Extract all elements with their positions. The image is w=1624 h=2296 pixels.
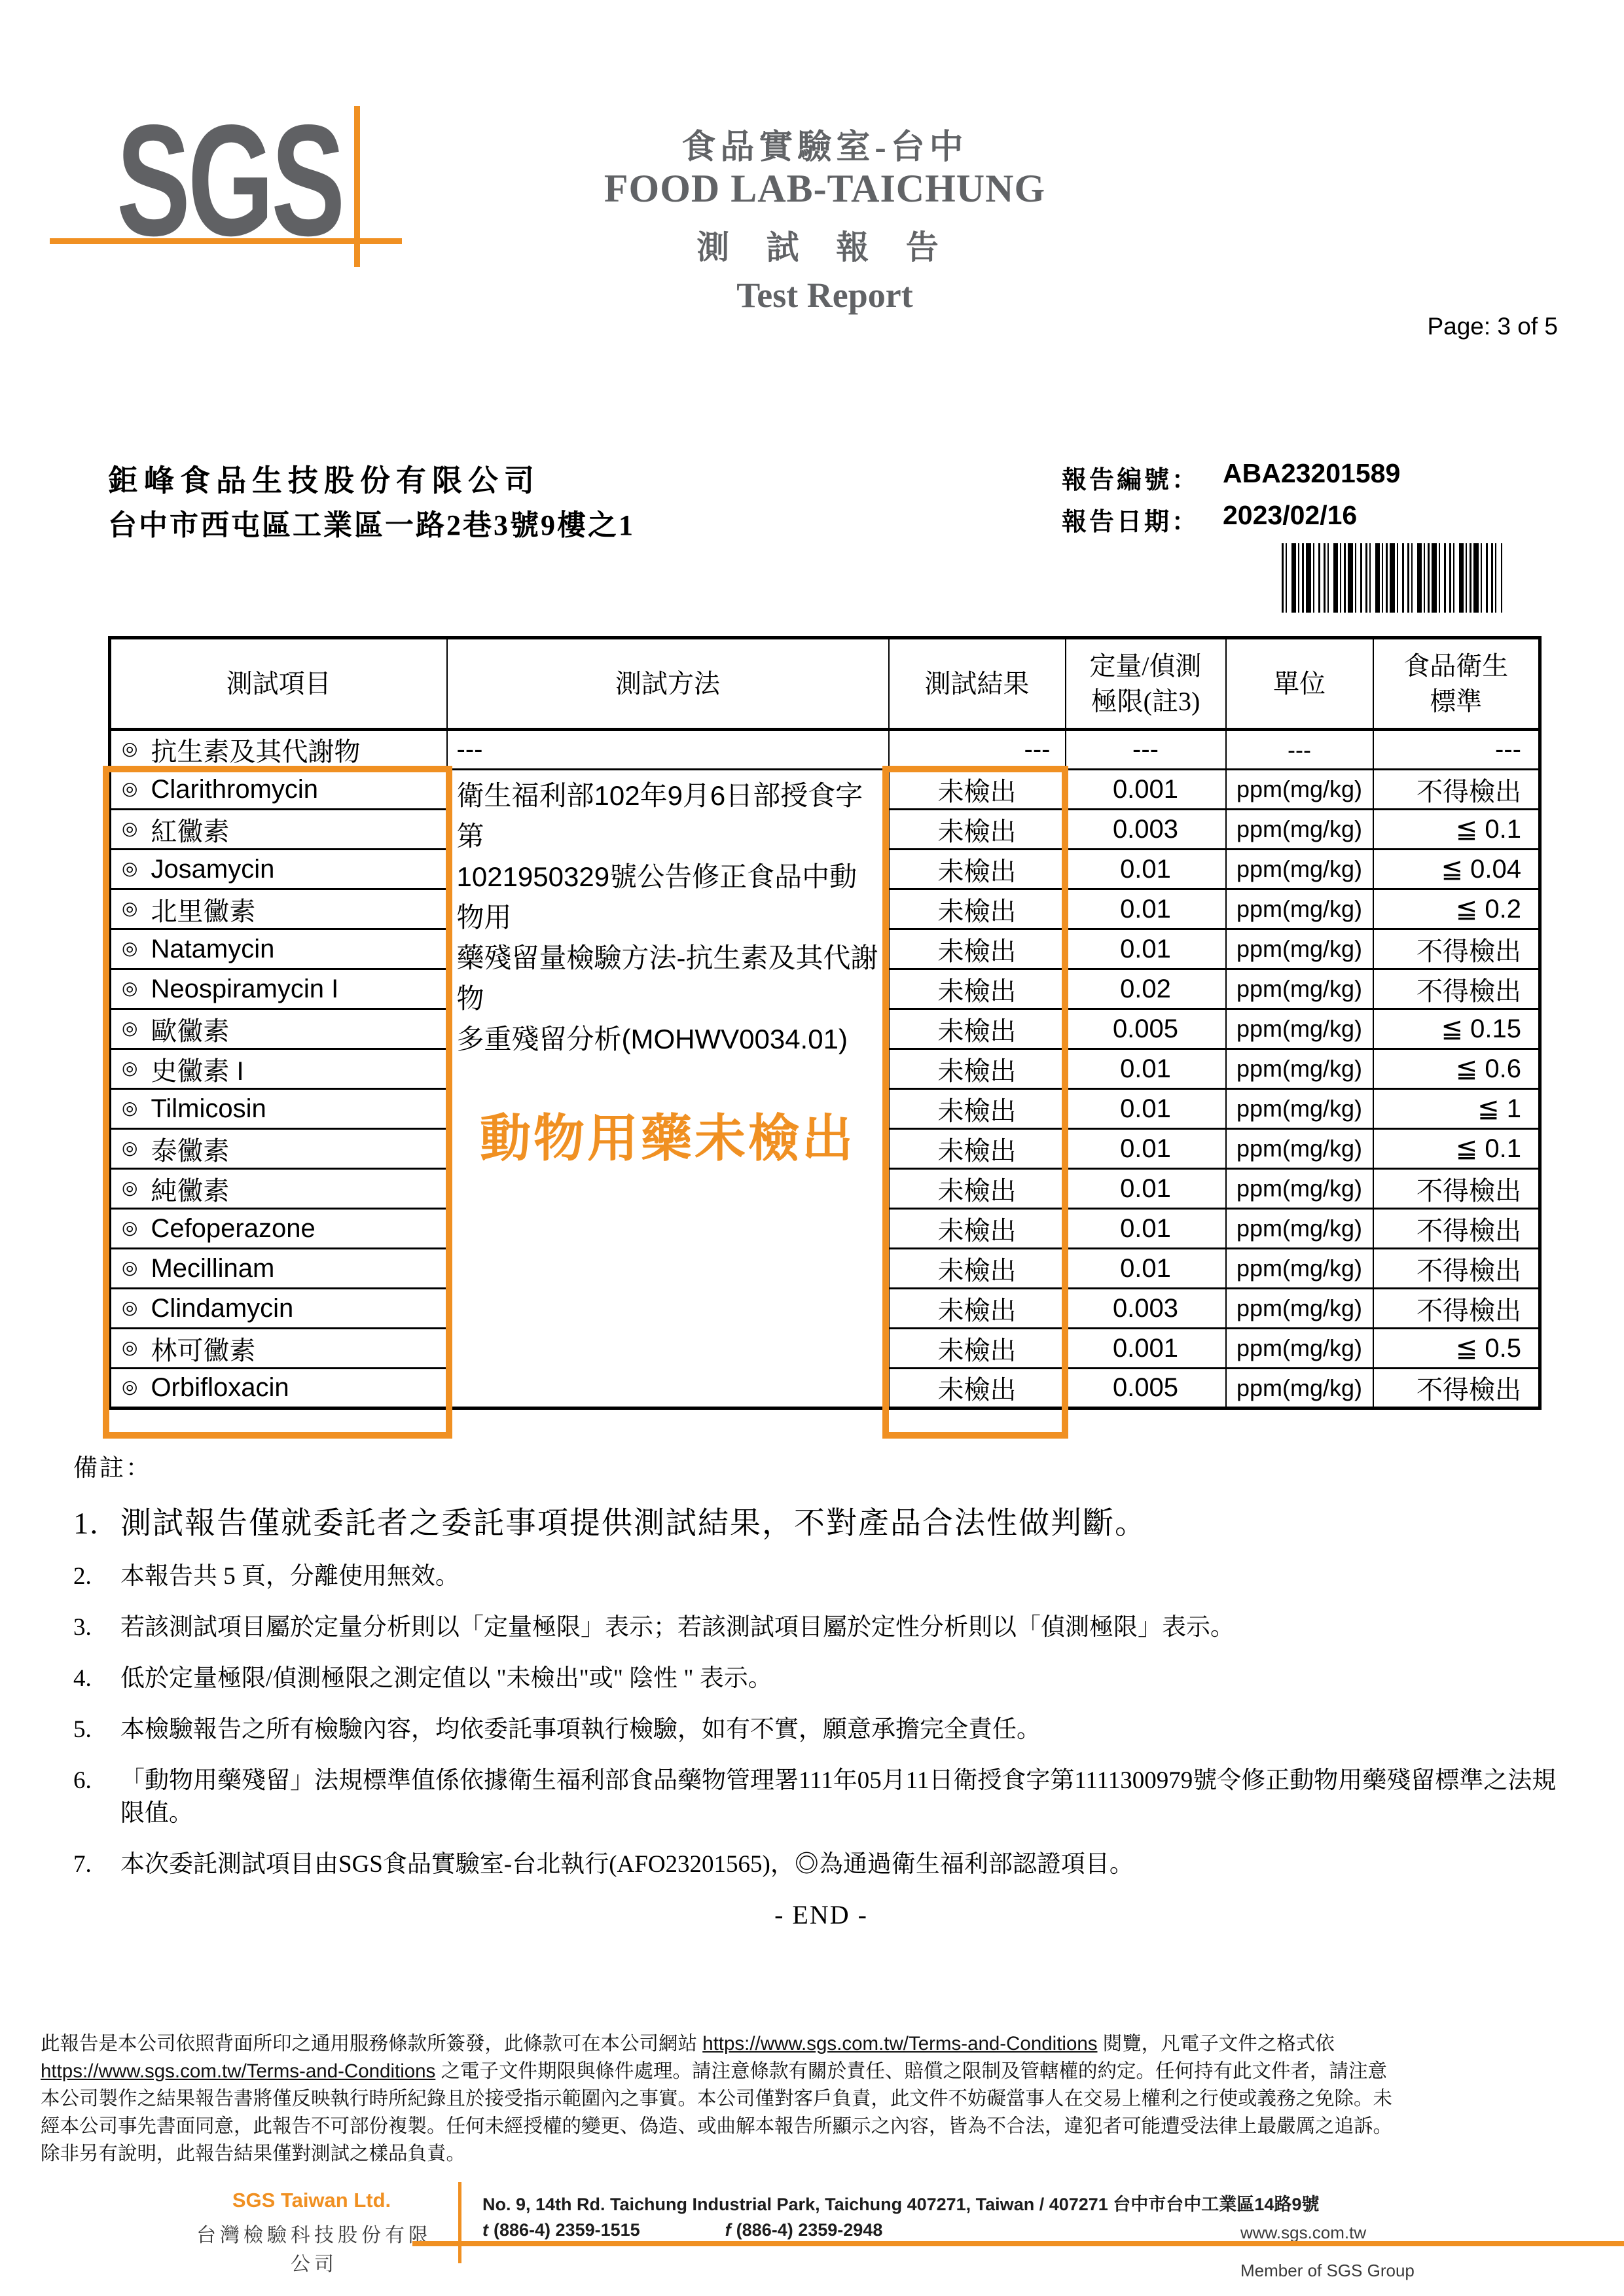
- note-text: 本次委託測試項目由SGS食品實驗室-台北執行(AFO23201565)，◎為通過…: [120, 1848, 1569, 1881]
- note-number: 5.: [73, 1713, 120, 1746]
- category-row: ◎抗生素及其代謝物 --- --- --- --- ---: [110, 730, 1540, 770]
- report-date-value: 2023/02/16: [1223, 500, 1357, 531]
- note-text: 低於定量極限/偵測極限之測定值以 "未檢出"或" 陰性 " 表示。: [120, 1662, 1569, 1695]
- unit-cell: ppm(mg/kg): [1226, 1209, 1373, 1249]
- standard-cell: ≦ 0.04: [1373, 850, 1540, 889]
- fax-label: f: [725, 2220, 731, 2240]
- disclaimer-text: 之電子文件期限與條件處理。請注意條款有關於責任、賠償之限制及管轄權的約定。任何持…: [435, 2060, 1387, 2082]
- note-number: 2.: [73, 1560, 120, 1593]
- unit-cell: ppm(mg/kg): [1226, 810, 1373, 850]
- standard-cell: 不得檢出: [1373, 1369, 1540, 1408]
- unit-cell: ppm(mg/kg): [1226, 1289, 1373, 1329]
- unit-cell: ppm(mg/kg): [1226, 770, 1373, 810]
- unit-cell: ppm(mg/kg): [1226, 1169, 1373, 1209]
- test-report-page: SGS 食品實驗室-台中 FOOD LAB-TAICHUNG 測 試 報 告 T…: [0, 0, 1624, 2296]
- limit-cell: 0.001: [1066, 1329, 1226, 1369]
- limit-cell: 0.01: [1066, 1169, 1226, 1209]
- category-limit-cell: ---: [1066, 730, 1226, 770]
- footer-address: No. 9, 14th Rd. Taichung Industrial Park…: [482, 2190, 1319, 2215]
- standard-cell: 不得檢出: [1373, 770, 1540, 810]
- unit-cell: ppm(mg/kg): [1226, 1049, 1373, 1089]
- disclaimer-line: 本公司製作之結果報告書將僅反映執行時所紀錄且於接受指示範圍內之事實。本公司僅對客…: [41, 2085, 1591, 2113]
- note-number: 1.: [73, 1504, 120, 1543]
- end-label: - END -: [73, 1899, 1569, 1930]
- certified-mark-icon: ◎: [122, 738, 137, 759]
- disclaimer-text: 閱覽，凡電子文件之格式依: [1098, 2033, 1335, 2054]
- standard-cell: ≦ 0.15: [1373, 1009, 1540, 1049]
- note-item: 4.低於定量極限/偵測極限之測定值以 "未檢出"或" 陰性 " 表示。: [73, 1662, 1569, 1695]
- col-header-test-method: 測試方法: [447, 638, 889, 730]
- disclaimer-text: 此報告是本公司依照背面所印之通用服務條款所簽發，此條款可在本公司網站: [41, 2033, 702, 2054]
- fax-number: (886-4) 2359-2948: [736, 2220, 883, 2240]
- col-header-limit: 定量/偵測 極限(註3): [1066, 638, 1226, 730]
- test-method-cell: 衛生福利部102年9月6日部授食字第 1021950329號公告修正食品中動物用…: [447, 770, 889, 1408]
- footer-orange-rule: [412, 2241, 1624, 2246]
- unit-cell: ppm(mg/kg): [1226, 969, 1373, 1009]
- title-block: 食品實驗室-台中 FOOD LAB-TAICHUNG 測 試 報 告 Test …: [432, 119, 1218, 321]
- unit-cell: ppm(mg/kg): [1226, 1369, 1373, 1408]
- note-text: 本檢驗報告之所有檢驗內容，均依委託事項執行檢驗，如有不實，願意承擔完全責任。: [120, 1713, 1569, 1746]
- lab-title-zh: 食品實驗室-台中: [432, 119, 1218, 166]
- standard-cell: 不得檢出: [1373, 1209, 1540, 1249]
- col-header-test-item: 測試項目: [110, 638, 447, 730]
- category-unit-cell: ---: [1226, 730, 1373, 770]
- report-date-label: 報告日期：: [1062, 501, 1199, 537]
- client-address: 台中市西屯區工業區一路2巷3號9樓之1: [108, 501, 635, 543]
- highlight-box-results: [882, 766, 1068, 1439]
- standard-cell: ≦ 0.1: [1373, 810, 1540, 850]
- terms-link[interactable]: https://www.sgs.com.tw/Terms-and-Conditi…: [41, 2060, 435, 2082]
- note-number: 3.: [73, 1611, 120, 1644]
- page-number: Page: 3 of 5: [1303, 313, 1558, 340]
- note-number: 4.: [73, 1662, 120, 1695]
- note-number: 6.: [73, 1765, 120, 1797]
- disclaimer-line: 此報告是本公司依照背面所印之通用服務條款所簽發，此條款可在本公司網站 https…: [41, 2030, 1591, 2058]
- note-item: 5.本檢驗報告之所有檢驗內容，均依委託事項執行檢驗，如有不實，願意承擔完全責任。: [73, 1713, 1569, 1746]
- notes-section: 備註： 1.測試報告僅就委託者之委託事項提供測試結果，不對產品合法性做判斷。2.…: [73, 1448, 1569, 1930]
- report-no-label: 報告編號：: [1062, 459, 1199, 495]
- standard-cell: ≦ 0.1: [1373, 1129, 1540, 1169]
- limit-cell: 0.01: [1066, 1089, 1226, 1129]
- report-title-en: Test Report: [432, 275, 1218, 321]
- standard-cell: ≦ 0.2: [1373, 889, 1540, 929]
- disclaimer-line: 經本公司事先書面同意，此報告不可部份複製。任何未經授權的變更、偽造、或曲解本報告…: [41, 2113, 1591, 2140]
- limit-cell: 0.01: [1066, 929, 1226, 969]
- unit-cell: ppm(mg/kg): [1226, 850, 1373, 889]
- client-name: 鉅峰食品生技股份有限公司: [108, 457, 540, 500]
- note-item: 1.測試報告僅就委託者之委託事項提供測試結果，不對產品合法性做判斷。: [73, 1504, 1569, 1543]
- results-table-wrap: 測試項目 測試方法 測試結果 定量/偵測 極限(註3) 單位 食品衛生 標準 ◎…: [108, 636, 1538, 1410]
- col-header-standard: 食品衛生 標準: [1373, 638, 1540, 730]
- note-text: 測試報告僅就委託者之委託事項提供測試結果，不對產品合法性做判斷。: [120, 1504, 1569, 1543]
- disclaimer-paragraph: 此報告是本公司依照背面所印之通用服務條款所簽發，此條款可在本公司網站 https…: [41, 2030, 1591, 2168]
- highlight-box-test-items: [103, 766, 452, 1439]
- standard-cell: 不得檢出: [1373, 1169, 1540, 1209]
- test-method-text: 衛生福利部102年9月6日部授食字第 1021950329號公告修正食品中動物用…: [448, 770, 888, 1060]
- limit-cell: 0.01: [1066, 1049, 1226, 1089]
- category-item-name: 抗生素及其代謝物: [151, 731, 360, 768]
- report-no-value: ABA23201589: [1223, 458, 1400, 489]
- limit-cell: 0.01: [1066, 889, 1226, 929]
- disclaimer-text: 除非另有說明，此報告結果僅對測試之樣品負責。: [41, 2143, 465, 2164]
- table-header-row: 測試項目 測試方法 測試結果 定量/偵測 極限(註3) 單位 食品衛生 標準: [110, 638, 1540, 730]
- footer-phones: t(886-4) 2359-1515f(886-4) 2359-2948: [482, 2220, 882, 2240]
- limit-cell: 0.003: [1066, 1289, 1226, 1329]
- unit-cell: ppm(mg/kg): [1226, 1329, 1373, 1369]
- limit-cell: 0.003: [1066, 810, 1226, 850]
- category-item-cell: ◎抗生素及其代謝物: [110, 730, 447, 770]
- note-item: 2.本報告共 5 頁，分離使用無效。: [73, 1560, 1569, 1593]
- note-number: 7.: [73, 1848, 120, 1881]
- disclaimer-text: 經本公司事先書面同意，此報告不可部份複製。任何未經授權的變更、偽造、或曲解本報告…: [41, 2115, 1392, 2137]
- limit-cell: 0.001: [1066, 770, 1226, 810]
- limit-cell: 0.01: [1066, 1129, 1226, 1169]
- unit-cell: ppm(mg/kg): [1226, 1129, 1373, 1169]
- unit-cell: ppm(mg/kg): [1226, 1249, 1373, 1289]
- unit-cell: ppm(mg/kg): [1226, 929, 1373, 969]
- category-result-cell: ---: [889, 730, 1066, 770]
- standard-cell: 不得檢出: [1373, 1249, 1540, 1289]
- terms-link[interactable]: https://www.sgs.com.tw/Terms-and-Conditi…: [702, 2033, 1097, 2054]
- note-item: 6.「動物用藥殘留」法規標準值係依據衛生福利部食品藥物管理署111年05月11日…: [73, 1765, 1569, 1830]
- unit-cell: ppm(mg/kg): [1226, 1089, 1373, 1129]
- standard-cell: 不得檢出: [1373, 1289, 1540, 1329]
- notes-label: 備註：: [73, 1448, 1569, 1483]
- standard-cell: ≦ 0.6: [1373, 1049, 1540, 1089]
- unit-cell: ppm(mg/kg): [1226, 1009, 1373, 1049]
- limit-cell: 0.01: [1066, 850, 1226, 889]
- standard-cell: 不得檢出: [1373, 929, 1540, 969]
- unit-cell: ppm(mg/kg): [1226, 889, 1373, 929]
- barcode: [1282, 543, 1502, 613]
- standard-cell: ≦ 1: [1373, 1089, 1540, 1129]
- footer-website: www.sgs.com.tw: [1240, 2223, 1366, 2243]
- category-method-cell: ---: [447, 730, 889, 770]
- standard-cell: 不得檢出: [1373, 969, 1540, 1009]
- limit-cell: 0.01: [1066, 1249, 1226, 1289]
- limit-cell: 0.005: [1066, 1369, 1226, 1408]
- col-header-unit: 單位: [1226, 638, 1373, 730]
- note-text: 「動物用藥殘留」法規標準值係依據衛生福利部食品藥物管理署111年05月11日衛授…: [120, 1765, 1569, 1830]
- disclaimer-line: 除非另有說明，此報告結果僅對測試之樣品負責。: [41, 2140, 1591, 2168]
- limit-cell: 0.01: [1066, 1209, 1226, 1249]
- standard-cell: ≦ 0.5: [1373, 1329, 1540, 1369]
- limit-cell: 0.02: [1066, 969, 1226, 1009]
- note-item: 3.若該測試項目屬於定量分析則以「定量極限」表示；若該測試項目屬於定性分析則以「…: [73, 1611, 1569, 1644]
- footer-member: Member of SGS Group: [1240, 2261, 1415, 2281]
- note-item: 7.本次委託測試項目由SGS食品實驗室-台北執行(AFO23201565)，◎為…: [73, 1848, 1569, 1881]
- col-header-test-result: 測試結果: [889, 638, 1066, 730]
- tel-label: t: [482, 2220, 488, 2240]
- footer-divider-line: [458, 2182, 461, 2263]
- lab-title-en: FOOD LAB-TAICHUNG: [432, 166, 1218, 221]
- note-text: 本報告共 5 頁，分離使用無效。: [120, 1560, 1569, 1593]
- footer-company-en: SGS Taiwan Ltd.: [216, 2189, 407, 2212]
- tel-number: (886-4) 2359-1515: [494, 2220, 640, 2240]
- logo-horizontal-line: [50, 238, 402, 244]
- disclaimer-line: https://www.sgs.com.tw/Terms-and-Conditi…: [41, 2058, 1591, 2085]
- report-title-zh: 測 試 報 告: [432, 221, 1218, 275]
- note-text: 若該測試項目屬於定量分析則以「定量極限」表示；若該測試項目屬於定性分析則以「偵測…: [120, 1611, 1569, 1644]
- notes-list: 1.測試報告僅就委託者之委託事項提供測試結果，不對產品合法性做判斷。2.本報告共…: [73, 1504, 1569, 1881]
- disclaimer-text: 本公司製作之結果報告書將僅反映執行時所紀錄且於接受指示範圍內之事實。本公司僅對客…: [41, 2088, 1392, 2109]
- footer-company-zh: 台灣檢驗科技股份有限公司: [196, 2219, 432, 2276]
- category-standard-cell: ---: [1373, 730, 1540, 770]
- sgs-logo: SGS: [117, 115, 342, 246]
- limit-cell: 0.005: [1066, 1009, 1226, 1049]
